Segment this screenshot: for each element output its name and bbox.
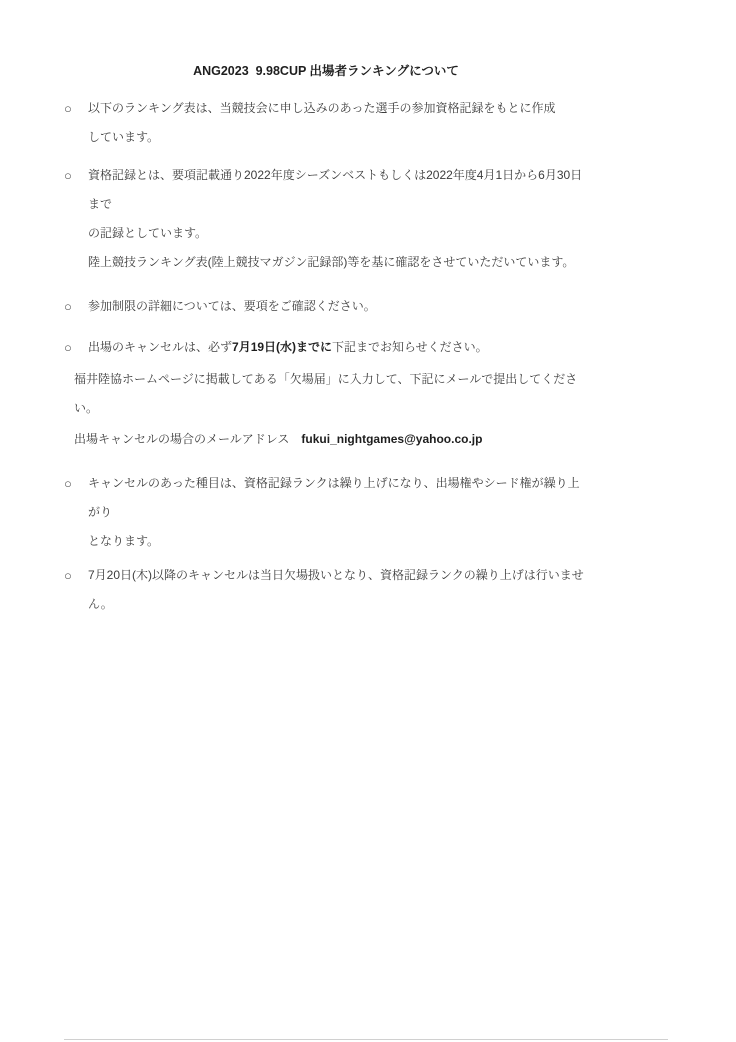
bullet-circle-icon: ○: [64, 292, 88, 321]
bullet-qualification-record: ○ 資格記録とは、要項記載通り2022年度シーズンベストもしくは2022年度4月…: [64, 161, 588, 248]
page-title: ANG2023 9.98CUP 出場者ランキングについて: [64, 57, 588, 86]
bullet-participation-limit: ○ 参加制限の詳細については、要項をご確認ください。: [64, 292, 588, 321]
bullet-cancel-deadline-text: 出場のキャンセルは、必ず7月19日(水)までに下記までお知らせください。: [88, 333, 588, 362]
bullet-ranking-source: ○ 以下のランキング表は、当競技会に申し込みのあった選手の参加資格記録をもとに作…: [64, 94, 588, 152]
bullet-cancel-deadline: ○ 出場のキャンセルは、必ず7月19日(水)までに下記までお知らせください。: [64, 333, 588, 362]
cancel-deadline-pre: 出場のキャンセルは、必ず: [88, 340, 232, 354]
bullet-late-cancel-text: 7月20日(木)以降のキャンセルは当日欠場扱いとなり、資格記録ランクの繰り上げは…: [88, 561, 588, 619]
para-ranking-table-note: 陸上競技ランキング表(陸上競技マガジン記録部)等を基に確認をさせていただいていま…: [88, 248, 588, 277]
bullet-circle-icon: ○: [64, 469, 88, 498]
cancel-deadline-post: 下記までお知らせください。: [332, 340, 488, 354]
bullet-circle-icon: ○: [64, 161, 88, 190]
cancel-email-label: 出場キャンセルの場合のメールアドレス: [74, 432, 301, 446]
bullet-circle-icon: ○: [64, 561, 88, 590]
page-edge-rule: [64, 1039, 668, 1040]
cancel-email-address: fukui_nightgames@yahoo.co.jp: [301, 432, 482, 446]
bullet-rank-promotion-line2: となります。: [88, 527, 588, 556]
bullet-qualification-record-line2: の記録としています。: [88, 219, 588, 248]
bullet-participation-limit-text: 参加制限の詳細については、要項をご確認ください。: [88, 292, 588, 321]
document-page: ANG2023 9.98CUP 出場者ランキングについて ○ 以下のランキング表…: [0, 0, 736, 1042]
bullet-ranking-source-line1: 以下のランキング表は、当競技会に申し込みのあった選手の参加資格記録をもとに作成: [88, 94, 588, 123]
para-cancel-email: 出場キャンセルの場合のメールアドレス fukui_nightgames@yaho…: [74, 425, 588, 454]
bullet-rank-promotion: ○ キャンセルのあった種目は、資格記録ランクは繰り上げになり、出場権やシード権が…: [64, 469, 588, 556]
bullet-circle-icon: ○: [64, 333, 88, 362]
bullet-ranking-source-line2: しています。: [88, 123, 588, 152]
cancel-deadline-date: 7月19日(水)までに: [232, 340, 332, 354]
bullet-circle-icon: ○: [64, 94, 88, 123]
bullet-qualification-record-line1: 資格記録とは、要項記載通り2022年度シーズンベストもしくは2022年度4月1日…: [88, 161, 588, 219]
bullet-rank-promotion-line1: キャンセルのあった種目は、資格記録ランクは繰り上げになり、出場権やシード権が繰り…: [88, 469, 588, 527]
para-absence-form: 福井陸協ホームページに掲載してある「欠場届」に入力して、下記にメールで提出してく…: [74, 365, 588, 423]
bullet-late-cancel: ○ 7月20日(木)以降のキャンセルは当日欠場扱いとなり、資格記録ランクの繰り上…: [64, 561, 588, 619]
